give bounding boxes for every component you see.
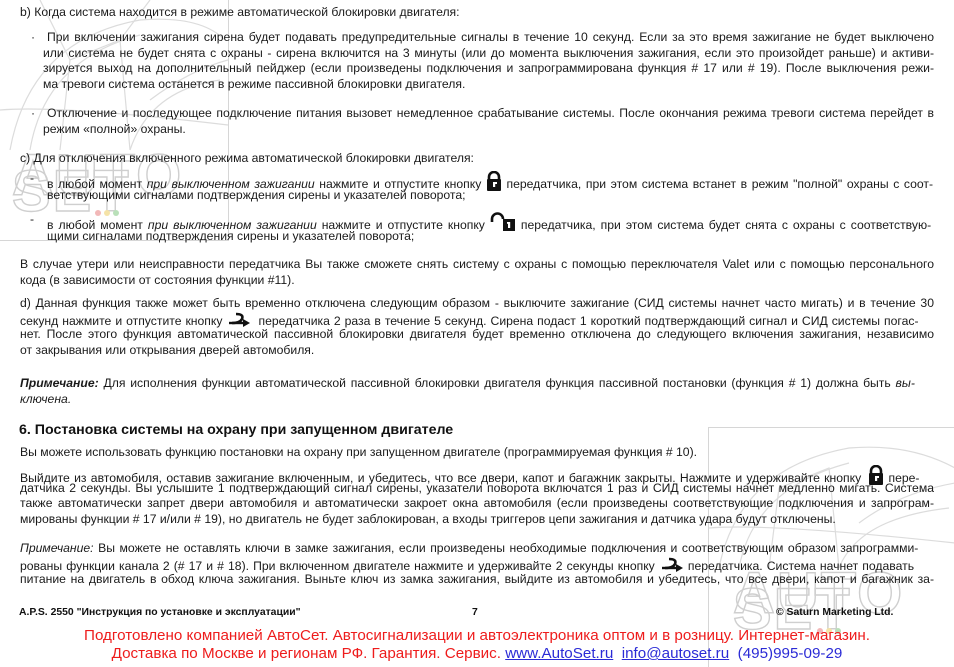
paragraph-line: режим «полной» охраны. — [43, 122, 934, 138]
section-c-heading: c) Для отключения включенного режима авт… — [20, 151, 474, 167]
paragraph-line: мированы функции # 17 и/или # 19), но дв… — [20, 512, 934, 528]
note-label: Примечание: — [20, 376, 99, 390]
note-passive-blocking: Примечание: Для исполнения функции автом… — [20, 376, 934, 407]
text: секунд нажмите и отпустите кнопку — [20, 314, 222, 328]
paragraph-line: При включении зажигания сирена будет под… — [47, 30, 934, 46]
paragraph-line: секунд нажмите и отпустите кнопку переда… — [20, 312, 934, 328]
dash-marker: - — [30, 212, 34, 228]
paragraph-line: d) Данная функция также может быть време… — [20, 296, 934, 312]
paragraph-line: также автоматически запрет двери автомоб… — [20, 496, 934, 512]
paragraph-line: Выйдите из автомобиля, оставив зажигание… — [20, 465, 934, 481]
italic-text: вы- — [896, 376, 915, 390]
email-link[interactable]: info@autoset.ru — [622, 645, 729, 662]
paragraph-line: Примечание: Для исполнения функции автом… — [20, 376, 934, 392]
italic-text: ключена. — [20, 392, 71, 406]
footer-document-title: A.P.S. 2550 "Инструкция по установке и э… — [19, 605, 301, 621]
text: передатчика 2 раза в течение 5 секунд. С… — [258, 314, 918, 328]
paragraph-line: ветствующими сигналами подтверждения сир… — [47, 188, 466, 204]
text: передатчика, при этом система встанет в … — [502, 177, 933, 191]
section-b-heading: b) Когда система находится в режиме авто… — [20, 5, 460, 21]
paragraph-line: датчика 2 секунды. Вы услышите 1 подтвер… — [20, 481, 934, 497]
paragraph-line: ключена. — [20, 392, 934, 408]
text: Для исполнения функции автоматической па… — [99, 376, 896, 390]
paragraph-line: щими сигналами подтверждения сирены и ук… — [47, 229, 414, 245]
section-d-paragraph: d) Данная функция также может быть време… — [20, 296, 934, 358]
paragraph-line: ма тревоги система останется в режиме па… — [43, 77, 934, 93]
paragraph-line: питание на двигатель в обход ключа зажиг… — [20, 572, 934, 588]
paragraph-line: нет. После этого функция автоматической … — [20, 327, 934, 343]
phone-number: (495)995-09-29 — [738, 645, 843, 662]
website-link[interactable]: www.AutoSet.ru — [505, 645, 613, 662]
dash-marker: - — [30, 171, 34, 187]
text: рованы функции канала 2 (# 17 и # 18). П… — [20, 559, 655, 573]
section-6-paragraph: Выйдите из автомобиля, оставив зажигание… — [20, 465, 934, 527]
bullet-marker: · — [31, 30, 35, 46]
paragraph-line: рованы функции канала 2 (# 17 и # 18). П… — [20, 557, 934, 573]
advert-line-2: Доставка по Москве и регионам РФ. Гарант… — [0, 645, 954, 662]
text: передатчика. Система начнет подавать — [688, 559, 914, 573]
paragraph-line: В случае утери или неисправности передат… — [20, 257, 934, 273]
text: Вы можете не оставлять ключи в замке заж… — [94, 541, 919, 555]
lock-closed-icon — [486, 171, 502, 196]
footer-copyright: © Saturn Marketing Ltd. — [776, 605, 893, 621]
paragraph-line: Отключение и последующее подключение пит… — [47, 106, 934, 122]
footer-page-number: 7 — [472, 605, 478, 621]
advert-text: Доставка по Москве и регионам РФ. Гарант… — [112, 645, 501, 662]
text: передатчика, при этом система будет снят… — [516, 218, 931, 232]
note-label: Примечание: — [20, 541, 94, 555]
lost-transmitter-paragraph: В случае утери или неисправности передат… — [20, 257, 934, 288]
paragraph-line: от закрывания или открывания дверей авто… — [20, 343, 934, 359]
paragraph-line: зируется выход на дополнительный пейджер… — [43, 61, 934, 77]
paragraph-line: Примечание: Вы можете не оставлять ключи… — [20, 541, 934, 557]
bullet-marker: · — [31, 106, 35, 122]
section-6-title: 6. Постановка системы на охрану при запу… — [19, 423, 453, 439]
section-6-intro: Вы можете использовать функцию постановк… — [20, 445, 697, 461]
paragraph-line: кода (в зависимости от состояния функции… — [20, 273, 934, 289]
lock-open-icon — [490, 212, 516, 237]
section-6-note: Примечание: Вы можете не оставлять ключи… — [20, 541, 934, 588]
paragraph-line: или система не будет снята с охраны - си… — [43, 46, 934, 62]
advert-line-1: Подготовлено компанией АвтоСет. Автосигн… — [0, 627, 954, 644]
